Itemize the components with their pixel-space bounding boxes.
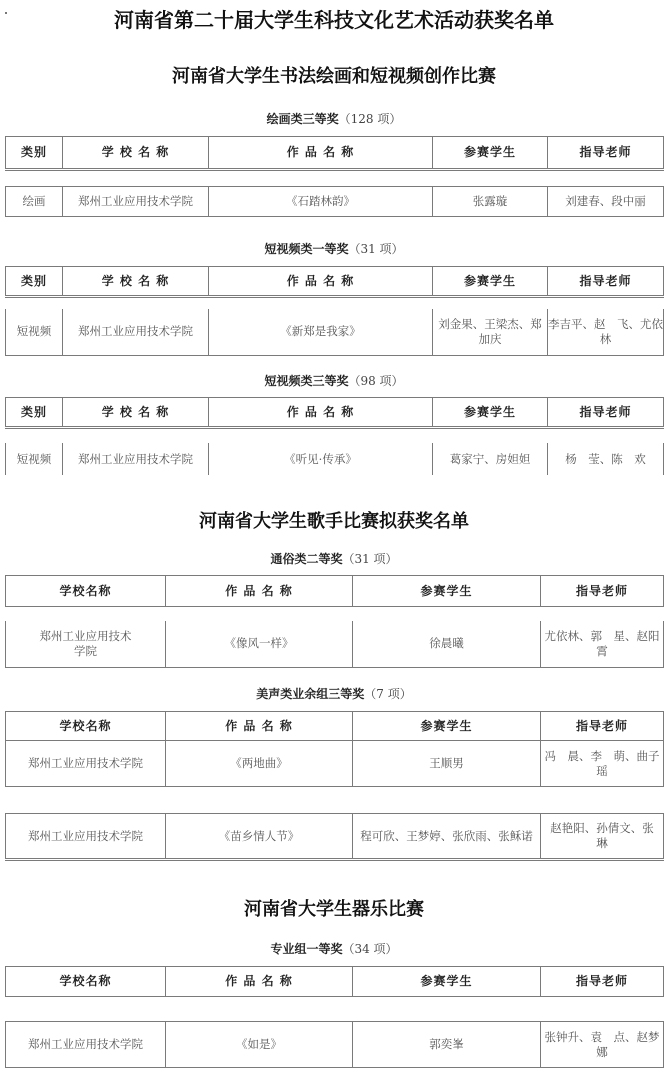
header-work: 作 品 名 称 (166, 576, 353, 607)
award-heading: 专业组一等奖（34 项） (0, 940, 668, 957)
award-table-video-third: 类别 学 校 名 称 作 品 名 称 参赛学生 指导老师 (5, 397, 664, 429)
cell-student: 葛家宁、房妲妲 (433, 443, 548, 475)
header-student: 参赛学生 (353, 967, 541, 997)
cell-advisor: 杨 莹、陈 欢 (548, 443, 664, 475)
header-student: 参赛学生 (433, 398, 548, 428)
award-name: 专业组一等奖 (270, 942, 342, 956)
cell-advisor: 尤依林、郭 星、赵阳霄 (541, 621, 664, 667)
header-school: 学 校 名 称 (63, 137, 209, 170)
cell-work: 《如是》 (166, 1022, 353, 1068)
cell-school: 郑州工业应用技术学院 (6, 741, 166, 787)
award-name: 绘画类三等奖 (267, 112, 339, 126)
award-table-painting-third-body: 绘画 郑州工业应用技术学院 《石踏林韵》 张露璇 刘建春、段中丽 (5, 186, 664, 217)
award-table-painting-third: 类别 学 校 名 称 作 品 名 称 参赛学生 指导老师 (5, 136, 664, 171)
cell-school: 郑州工业应用技术学院 (6, 1022, 166, 1068)
table-row: 短视频 郑州工业应用技术学院 《听见·传承》 葛家宁、房妲妲 杨 莹、陈 欢 (6, 443, 664, 475)
award-table-professional-first-body: 郑州工业应用技术学院 《如是》 郭奕峯 张钟升、袁 点、赵梦娜 (5, 1021, 664, 1068)
header-student: 参赛学生 (353, 712, 541, 741)
header-school: 学校名称 (6, 967, 166, 997)
header-school: 学 校 名 称 (63, 267, 209, 297)
award-table-video-third-body: 短视频 郑州工业应用技术学院 《听见·传承》 葛家宁、房妲妲 杨 莹、陈 欢 (5, 443, 664, 475)
header-work: 作 品 名 称 (166, 712, 353, 741)
cell-school: 郑州工业应用技术学院 (63, 443, 209, 475)
header-advisor: 指导老师 (548, 398, 664, 428)
header-school: 学校名称 (6, 576, 166, 607)
header-student: 参赛学生 (353, 576, 541, 607)
cell-work: 《石踏林韵》 (209, 187, 433, 217)
header-school: 学校名称 (6, 712, 166, 741)
cell-category: 短视频 (6, 309, 63, 355)
header-student: 参赛学生 (433, 137, 548, 170)
cell-advisor: 张钟升、袁 点、赵梦娜 (541, 1022, 664, 1068)
award-table-video-first-body: 短视频 郑州工业应用技术学院 《新郑是我家》 刘金果、王梁杰、郑加庆 李吉平、赵… (5, 309, 664, 356)
award-heading: 短视频类三等奖（98 项） (0, 372, 668, 389)
cell-work: 《像风一样》 (166, 621, 353, 667)
header-work: 作 品 名 称 (209, 137, 433, 170)
cell-school: 郑州工业应用技术学院 (6, 814, 166, 860)
page-title: 河南省第二十届大学生科技文化艺术活动获奖名单 (0, 4, 668, 33)
cell-student: 程可欣、王梦婷、张欣雨、张稣诺 (353, 814, 541, 860)
table-row: 郑州工业应用技术学院 《苗乡情人节》 程可欣、王梦婷、张欣雨、张稣诺 赵艳阳、孙… (6, 814, 664, 860)
table-header-row: 类别 学 校 名 称 作 品 名 称 参赛学生 指导老师 (6, 267, 664, 297)
cell-school: 郑州工业应用技术学院 (63, 309, 209, 355)
header-category: 类别 (6, 137, 63, 170)
cell-student: 王顺男 (353, 741, 541, 787)
table-header-row: 学校名称 作 品 名 称 参赛学生 指导老师 (6, 712, 664, 741)
award-count: （34 项） (342, 942, 397, 956)
cell-advisor: 赵艳阳、孙倩文、张 琳 (541, 814, 664, 860)
award-table-pop-second-body: 郑州工业应用技术学院 《像风一样》 徐晨曦 尤依林、郭 星、赵阳霄 (5, 621, 664, 668)
cell-work: 《苗乡情人节》 (166, 814, 353, 860)
award-table-bel-canto-third-body: 郑州工业应用技术学院 《苗乡情人节》 程可欣、王梦婷、张欣雨、张稣诺 赵艳阳、孙… (5, 813, 664, 861)
cell-student: 徐晨曦 (353, 621, 541, 667)
cell-advisor: 李吉平、赵 飞、尤依林 (548, 309, 664, 355)
cell-work: 《听见·传承》 (209, 443, 433, 475)
award-heading: 绘画类三等奖（128 项） (0, 110, 668, 127)
award-heading: 美声类业余组三等奖（7 项） (0, 685, 668, 702)
award-name: 美声类业余组三等奖 (256, 687, 364, 701)
cell-advisor: 冯 晨、李 萌、曲子瑶 (541, 741, 664, 787)
award-table-professional-first: 学校名称 作 品 名 称 参赛学生 指导老师 (5, 966, 664, 997)
cell-work: 《新郑是我家》 (209, 309, 433, 355)
table-row: 绘画 郑州工业应用技术学院 《石踏林韵》 张露璇 刘建春、段中丽 (6, 187, 664, 217)
award-count: （128 项） (339, 112, 402, 126)
table-row: 郑州工业应用技术学院 《如是》 郭奕峯 张钟升、袁 点、赵梦娜 (6, 1022, 664, 1068)
award-table-video-first: 类别 学 校 名 称 作 品 名 称 参赛学生 指导老师 (5, 266, 664, 298)
header-advisor: 指导老师 (541, 576, 664, 607)
header-work: 作 品 名 称 (209, 267, 433, 297)
header-category: 类别 (6, 267, 63, 297)
table-header-row: 类别 学 校 名 称 作 品 名 称 参赛学生 指导老师 (6, 137, 664, 170)
award-table-bel-canto-third: 学校名称 作 品 名 称 参赛学生 指导老师 郑州工业应用技术学院 《两地曲》 … (5, 711, 664, 787)
cell-school: 郑州工业应用技术学院 (63, 187, 209, 217)
cell-advisor: 刘建春、段中丽 (548, 187, 664, 217)
table-row: 郑州工业应用技术学院 《两地曲》 王顺男 冯 晨、李 萌、曲子瑶 (6, 741, 664, 787)
table-row: 短视频 郑州工业应用技术学院 《新郑是我家》 刘金果、王梁杰、郑加庆 李吉平、赵… (6, 309, 664, 355)
cell-category: 绘画 (6, 187, 63, 217)
header-student: 参赛学生 (433, 267, 548, 297)
cell-category: 短视频 (6, 443, 63, 475)
cell-student: 张露璇 (433, 187, 548, 217)
table-row: 郑州工业应用技术学院 《像风一样》 徐晨曦 尤依林、郭 星、赵阳霄 (6, 621, 664, 667)
award-name: 短视频类一等奖 (264, 242, 348, 256)
section-title-singer-contest: 河南省大学生歌手比赛拟获奖名单 (0, 507, 668, 533)
header-category: 类别 (6, 398, 63, 428)
header-advisor: 指导老师 (548, 267, 664, 297)
cell-work: 《两地曲》 (166, 741, 353, 787)
section-title-calligraphy-painting-video: 河南省大学生书法绘画和短视频创作比赛 (0, 62, 668, 88)
award-name: 通俗类二等奖 (270, 552, 342, 566)
award-table-pop-second: 学校名称 作 品 名 称 参赛学生 指导老师 (5, 575, 664, 607)
award-count: （31 项） (348, 242, 403, 256)
table-header-row: 学校名称 作 品 名 称 参赛学生 指导老师 (6, 576, 664, 607)
header-advisor: 指导老师 (541, 712, 664, 741)
award-count: （31 项） (342, 552, 397, 566)
table-header-row: 学校名称 作 品 名 称 参赛学生 指导老师 (6, 967, 664, 997)
award-heading: 短视频类一等奖（31 项） (0, 240, 668, 257)
section-title-instrumental-contest: 河南省大学生器乐比赛 (0, 895, 668, 921)
award-heading: 通俗类二等奖（31 项） (0, 550, 668, 567)
cell-school: 郑州工业应用技术学院 (6, 621, 166, 667)
header-work: 作 品 名 称 (209, 398, 433, 428)
header-school: 学 校 名 称 (63, 398, 209, 428)
cell-student: 郭奕峯 (353, 1022, 541, 1068)
cell-student: 刘金果、王梁杰、郑加庆 (433, 309, 548, 355)
award-count: （7 项） (364, 687, 411, 701)
header-work: 作 品 名 称 (166, 967, 353, 997)
award-name: 短视频类三等奖 (264, 374, 348, 388)
award-count: （98 项） (348, 374, 403, 388)
header-advisor: 指导老师 (541, 967, 664, 997)
header-advisor: 指导老师 (548, 137, 664, 170)
table-header-row: 类别 学 校 名 称 作 品 名 称 参赛学生 指导老师 (6, 398, 664, 428)
